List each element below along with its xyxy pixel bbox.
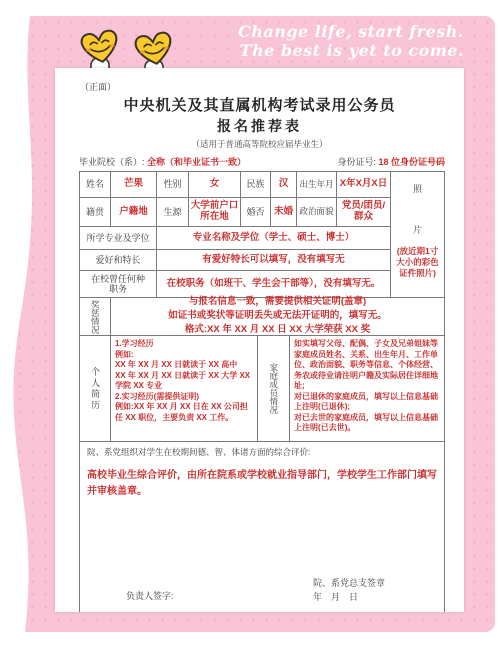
row-name: 姓名 芒果 性别 女 民族 汉 出生年月 X年X月X日 bbox=[80, 172, 390, 197]
origin-value: 户籍地 bbox=[110, 198, 156, 226]
awards-label: 奖惩情况 bbox=[80, 298, 110, 335]
major-label: 所学专业及学位 bbox=[80, 227, 156, 249]
form-table: 姓名 芒果 性别 女 民族 汉 出生年月 X年X月X日 籍贯 户籍地 生源 大学… bbox=[79, 171, 445, 612]
name-label: 姓名 bbox=[80, 172, 110, 197]
evaluation-note: 高校毕业生综合评价，由所在院系或学校就业指导部门，学校学生工作部门填写并审核盖章… bbox=[87, 468, 437, 500]
photo-cell: 照 片 (放近期1寸大小的彩色证件照片) bbox=[390, 172, 444, 297]
front-side-label: （正面） bbox=[80, 80, 116, 93]
photo-note: (放近期1寸大小的彩色证件照片) bbox=[391, 246, 444, 279]
row-awards: 奖惩情况 与报名信息一致，需要提供相关证明(盖章) 如证书或奖状等证明丢失或无法… bbox=[80, 297, 444, 335]
birth-value: X年X月X日 bbox=[336, 172, 390, 197]
row-major: 所学专业及学位 专业名称及学位（学士、硕士、博士） bbox=[80, 226, 390, 249]
wavy-left-edge bbox=[0, 16, 46, 632]
political-label: 政治面貌 bbox=[296, 198, 336, 226]
form-applicability-note: （适用于普通高等院校应届毕业生） bbox=[55, 138, 464, 150]
school-id-line: 毕业院校（系）: 全称（和毕业证书一致） 身份证号: 18 位身份证号码 bbox=[79, 155, 445, 168]
marriage-value: 未婚 bbox=[270, 198, 296, 226]
photo-char-2: 片 bbox=[413, 223, 422, 236]
ethnic-label: 民族 bbox=[240, 172, 270, 197]
school-value: 全称（和毕业证书一致） bbox=[147, 157, 246, 167]
row-evaluation: 院、系党组织对学生在校期间德、智、体诸方面的综合评价: 高校毕业生综合评价，由所… bbox=[80, 441, 444, 613]
stamp-block: 院、系党总支签章 年 月 日 bbox=[313, 577, 385, 604]
position-label: 在校曾任何种职务 bbox=[80, 271, 156, 297]
gender-value: 女 bbox=[188, 172, 240, 197]
form-title: 中央机关及其直属机构考试录用公务员 bbox=[55, 94, 464, 115]
row-hobby: 爱好和特长 有爱好特长可以填写，没有填写无 bbox=[80, 249, 390, 270]
position-value: 在校职务（如班干、学生会干部等），没有填写无。 bbox=[156, 271, 390, 297]
resume-label: 个人简历 bbox=[80, 336, 110, 441]
form-subtitle: 报名推荐表 bbox=[55, 116, 464, 136]
table-left-rows: 姓名 芒果 性别 女 民族 汉 出生年月 X年X月X日 籍贯 户籍地 生源 大学… bbox=[80, 172, 390, 297]
form-page: （正面） 中央机关及其直属机构考试录用公务员 报名推荐表 （适用于普通高等院校应… bbox=[55, 68, 464, 612]
slogan-text: Change life, start fresh. The best is ye… bbox=[238, 22, 464, 60]
awards-content: 与报名信息一致，需要提供相关证明(盖章) 如证书或奖状等证明丢失或无法开证明的，… bbox=[110, 298, 444, 335]
political-value: 党员/团员/群众 bbox=[336, 198, 390, 226]
slogan-line-1: Change life, start fresh. bbox=[238, 22, 464, 41]
awards-line-1: 与报名信息一致，需要提供相关证明(盖章) bbox=[189, 296, 366, 309]
marriage-label: 婚否 bbox=[240, 198, 270, 226]
idnumber-label: 身份证号: bbox=[337, 157, 376, 167]
family-label: 家庭成员情况 bbox=[257, 336, 289, 441]
family-content: 如实填写父母、配偶、子女及兄弟姐妹等家庭成员姓名、关系、出生年月、工作单位、政治… bbox=[289, 336, 444, 441]
school-field: 毕业院校（系）: 全称（和毕业证书一致） bbox=[79, 155, 246, 168]
idnumber-field: 身份证号: 18 位身份证号码 bbox=[337, 155, 445, 168]
awards-line-2: 如证书或奖状等证明丢失或无法开证明的，填写无。 bbox=[168, 310, 387, 323]
name-value: 芒果 bbox=[110, 172, 156, 197]
slogan-line-2: The best is yet to come. bbox=[238, 41, 464, 60]
row-resume-family: 个人简历 1.学习经历 例如: XX 年 XX 月 XX 日就读于 XX 高中 … bbox=[80, 335, 444, 441]
origin-label: 籍贯 bbox=[80, 198, 110, 226]
idnumber-value: 18 位身份证号码 bbox=[378, 157, 445, 167]
ethnic-value: 汉 bbox=[270, 172, 296, 197]
photo-char-1: 照 bbox=[413, 182, 422, 195]
signer-label: 负责人签字: bbox=[126, 589, 174, 602]
page: { "colors":{"accent_red":"#c92b2b","pane… bbox=[0, 0, 500, 651]
row-origin: 籍贯 户籍地 生源 大学前户口所在地 婚否 未婚 政治面貌 党员/团员/群众 bbox=[80, 197, 390, 226]
stamp-label: 院、系党总支签章 bbox=[313, 577, 385, 591]
hobby-value: 有爱好特长可以填写，没有填写无 bbox=[156, 250, 390, 270]
source-value: 大学前户口所在地 bbox=[188, 198, 240, 226]
hobby-label: 爱好和特长 bbox=[80, 250, 156, 270]
evaluation-heading: 院、系党组织对学生在校期间德、智、体诸方面的综合评价: bbox=[87, 446, 437, 458]
school-label: 毕业院校（系）: bbox=[79, 157, 145, 167]
awards-line-3: 格式:XX 年 XX 月 XX 日 XX 大学荣获 XX 奖 bbox=[185, 324, 370, 337]
table-top-block: 姓名 芒果 性别 女 民族 汉 出生年月 X年X月X日 籍贯 户籍地 生源 大学… bbox=[80, 172, 444, 297]
major-value: 专业名称及学位（学士、硕士、博士） bbox=[156, 227, 390, 249]
date-label: 年 月 日 bbox=[313, 591, 385, 605]
resume-content: 1.学习经历 例如: XX 年 XX 月 XX 日就读于 XX 高中 XX 年 … bbox=[110, 336, 257, 441]
row-position: 在校曾任何种职务 在校职务（如班干、学生会干部等），没有填写无。 bbox=[80, 270, 390, 297]
birth-label: 出生年月 bbox=[296, 172, 336, 197]
source-label: 生源 bbox=[156, 198, 188, 226]
gender-label: 性别 bbox=[156, 172, 188, 197]
